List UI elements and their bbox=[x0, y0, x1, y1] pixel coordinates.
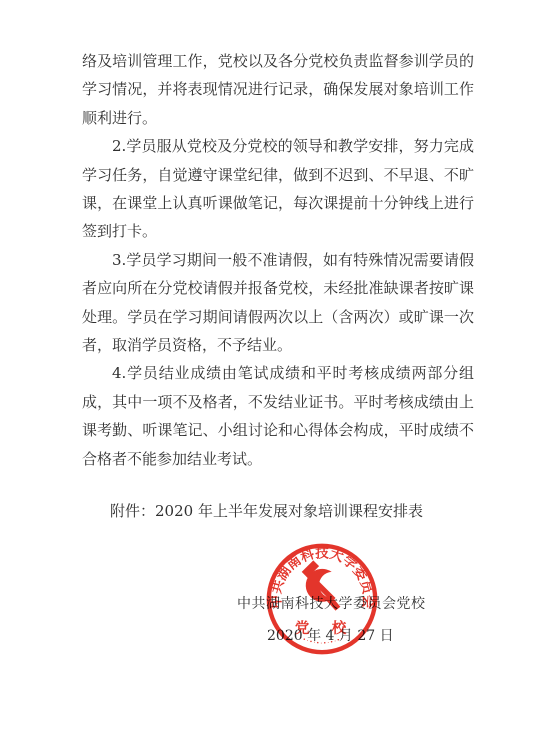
paragraph: 3.学员学习期间一般不准请假，如有特殊情况需要请假者应向所在分党校请假并报备党校… bbox=[82, 246, 474, 360]
paragraph: 2.学员服从党校及分党校的领导和教学安排，努力完成学习任务，自觉遵守课堂纪律，做… bbox=[82, 132, 474, 246]
document-page: 络及培训管理工作，党校以及各分党校负责监督参训学员的学习情况，并将表现情况进行记… bbox=[0, 0, 544, 756]
paragraph: 络及培训管理工作，党校以及各分党校负责监督参训学员的学习情况，并将表现情况进行记… bbox=[82, 47, 474, 132]
date-line: 2020 年 4 月 27 日 bbox=[267, 626, 394, 646]
attachment-line: 附件：2020 年上半年发展对象培训课程安排表 bbox=[110, 500, 423, 522]
signature-line: 中共湖南科技大学委员会党校 bbox=[237, 594, 426, 614]
paragraph: 4.学员结业成绩由笔试成绩和平时考核成绩两部分组成，其中一项不及格者，不发结业证… bbox=[82, 359, 474, 473]
document-body: 络及培训管理工作，党校以及各分党校负责监督参训学员的学习情况，并将表现情况进行记… bbox=[82, 47, 474, 473]
